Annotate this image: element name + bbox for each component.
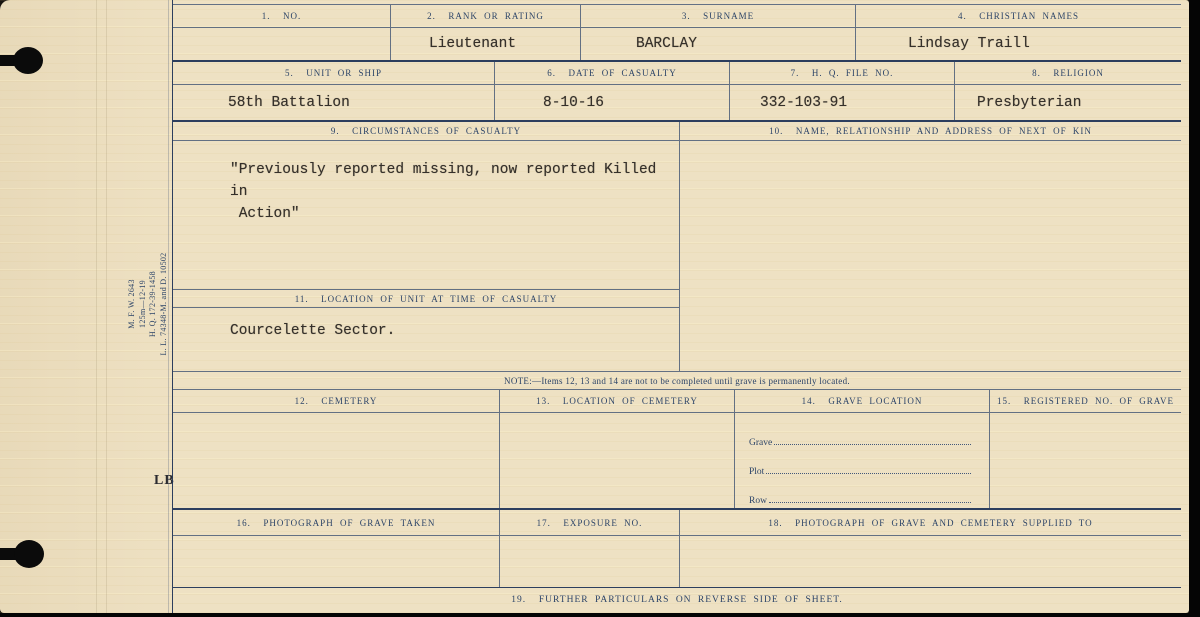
field-location-of-unit-value: Courcelette Sector.: [173, 308, 679, 342]
field-surname-value: BARCLAY: [581, 28, 855, 60]
field-date-of-casualty: 6. DATE OF CASUALTY 8-10-16: [495, 62, 730, 120]
field-rank: 2. RANK OR RATING Lieutenant: [391, 5, 581, 60]
row-line-label: Row: [749, 496, 767, 506]
field-photo-taken-value: [173, 536, 499, 587]
field-rank-value: Lieutenant: [391, 28, 580, 60]
field-cemetery-value: [173, 413, 499, 508]
punch-hole-top: [13, 47, 43, 74]
field-christian-names-label: 4. CHRISTIAN NAMES: [856, 5, 1181, 28]
field-rank-label: 2. RANK OR RATING: [391, 5, 580, 28]
grave-line-label: Grave: [749, 438, 772, 448]
field-cemetery-label: 12. CEMETERY: [173, 390, 499, 413]
field-cemetery-location: 13. LOCATION OF CEMETERY: [500, 390, 735, 508]
field-registered-grave-no: 15. REGISTERED NO. OF GRAVE: [990, 390, 1181, 508]
field-next-of-kin-label: 10. NAME, RELATIONSHIP AND ADDRESS OF NE…: [680, 122, 1181, 141]
note-text: NOTE:—Items 12, 13 and 14 are not to be …: [504, 376, 850, 386]
dotted-rule: [769, 501, 971, 503]
form-row-photograph: 16. PHOTOGRAPH OF GRAVE TAKEN 17. EXPOSU…: [173, 510, 1181, 588]
field-exposure-no-value: [500, 536, 679, 587]
field-no: 1. NO.: [173, 5, 391, 60]
field-exposure-no-label: 17. EXPOSURE NO.: [500, 510, 679, 536]
field-circumstances-label: 9. CIRCUMSTANCES OF CASUALTY: [173, 122, 679, 141]
field-unit-value: 58th Battalion: [173, 85, 494, 120]
field-hq-file-no: 7. H. Q. FILE NO. 332-103-91: [730, 62, 955, 120]
dotted-rule: [774, 443, 971, 445]
field-christian-names-value: Lindsay Traill: [856, 28, 1181, 60]
plot-line-label: Plot: [749, 467, 764, 477]
field-cemetery: 12. CEMETERY: [173, 390, 500, 508]
next-of-kin-column: 10. NAME, RELATIONSHIP AND ADDRESS OF NE…: [680, 122, 1181, 371]
field-religion-value: Presbyterian: [955, 85, 1181, 120]
imprint-line: 125m—12-19: [138, 248, 149, 360]
field-grave-location: 14. GRAVE LOCATION Grave Plot Row: [735, 390, 990, 508]
field-photo-supplied-to: 18. PHOTOGRAPH OF GRAVE AND CEMETERY SUP…: [680, 510, 1181, 587]
field-circumstances-value: "Previously reported missing, now report…: [173, 141, 679, 289]
footer-text: 19. FURTHER PARTICULARS ON REVERSE SIDE …: [511, 595, 843, 605]
form-row-grave: 12. CEMETERY 13. LOCATION OF CEMETERY 14…: [173, 390, 1181, 510]
footer-strip: 19. FURTHER PARTICULARS ON REVERSE SIDE …: [173, 588, 1181, 612]
imprint-line: H. Q. 172-39-1458: [148, 248, 159, 360]
fold-line: [96, 0, 97, 613]
printers-imprint: M. F. W. 2643 125m—12-19 H. Q. 172-39-14…: [125, 248, 171, 360]
field-exposure-no: 17. EXPOSURE NO.: [500, 510, 680, 587]
field-next-of-kin-value: [680, 141, 1181, 371]
field-religion-label: 8. RELIGION: [955, 62, 1181, 85]
field-date-of-casualty-label: 6. DATE OF CASUALTY: [495, 62, 729, 85]
field-hq-file-no-value: 332-103-91: [730, 85, 954, 120]
field-religion: 8. RELIGION Presbyterian: [955, 62, 1181, 120]
circumstances-column: 9. CIRCUMSTANCES OF CASUALTY "Previously…: [173, 122, 680, 371]
form-left-rule-ghost: [168, 0, 169, 613]
register-card-paper: M. F. W. 2643 125m—12-19 H. Q. 172-39-14…: [0, 0, 1189, 613]
form-row-identity: 1. NO. 2. RANK OR RATING Lieutenant 3. S…: [173, 4, 1181, 62]
field-no-value: [173, 28, 390, 60]
field-unit: 5. UNIT OR SHIP 58th Battalion: [173, 62, 495, 120]
imprint-line: M. F. W. 2643: [127, 248, 138, 360]
grave-location-fields: Grave Plot Row: [735, 413, 989, 506]
punch-hole-bottom: [14, 540, 44, 568]
fold-line: [106, 0, 107, 613]
plot-line: Plot: [749, 448, 975, 477]
field-surname: 3. SURNAME BARCLAY: [581, 5, 856, 60]
field-christian-names: 4. CHRISTIAN NAMES Lindsay Traill: [856, 5, 1181, 60]
field-no-label: 1. NO.: [173, 5, 390, 28]
dotted-rule: [766, 472, 971, 474]
field-registered-grave-no-label: 15. REGISTERED NO. OF GRAVE: [990, 390, 1181, 413]
row-line: Row: [749, 477, 975, 506]
field-location-of-unit-label: 11. LOCATION OF UNIT AT TIME OF CASUALTY: [173, 289, 679, 308]
field-photo-taken-label: 16. PHOTOGRAPH OF GRAVE TAKEN: [173, 510, 499, 536]
field-grave-location-label: 14. GRAVE LOCATION: [735, 390, 989, 413]
note-strip: NOTE:—Items 12, 13 and 14 are not to be …: [173, 372, 1181, 390]
field-hq-file-no-label: 7. H. Q. FILE NO.: [730, 62, 954, 85]
field-date-of-casualty-value: 8-10-16: [495, 85, 729, 120]
field-cemetery-location-value: [500, 413, 734, 508]
field-surname-label: 3. SURNAME: [581, 5, 855, 28]
form-row-service: 5. UNIT OR SHIP 58th Battalion 6. DATE O…: [173, 62, 1181, 122]
grave-line: Grave: [749, 419, 975, 448]
field-photo-supplied-to-value: [680, 536, 1181, 587]
field-unit-label: 5. UNIT OR SHIP: [173, 62, 494, 85]
field-photo-taken: 16. PHOTOGRAPH OF GRAVE TAKEN: [173, 510, 500, 587]
field-registered-grave-no-value: [990, 413, 1181, 508]
field-cemetery-location-label: 13. LOCATION OF CEMETERY: [500, 390, 734, 413]
form-section-circumstances: 9. CIRCUMSTANCES OF CASUALTY "Previously…: [173, 122, 1181, 372]
field-photo-supplied-to-label: 18. PHOTOGRAPH OF GRAVE AND CEMETERY SUP…: [680, 510, 1181, 536]
